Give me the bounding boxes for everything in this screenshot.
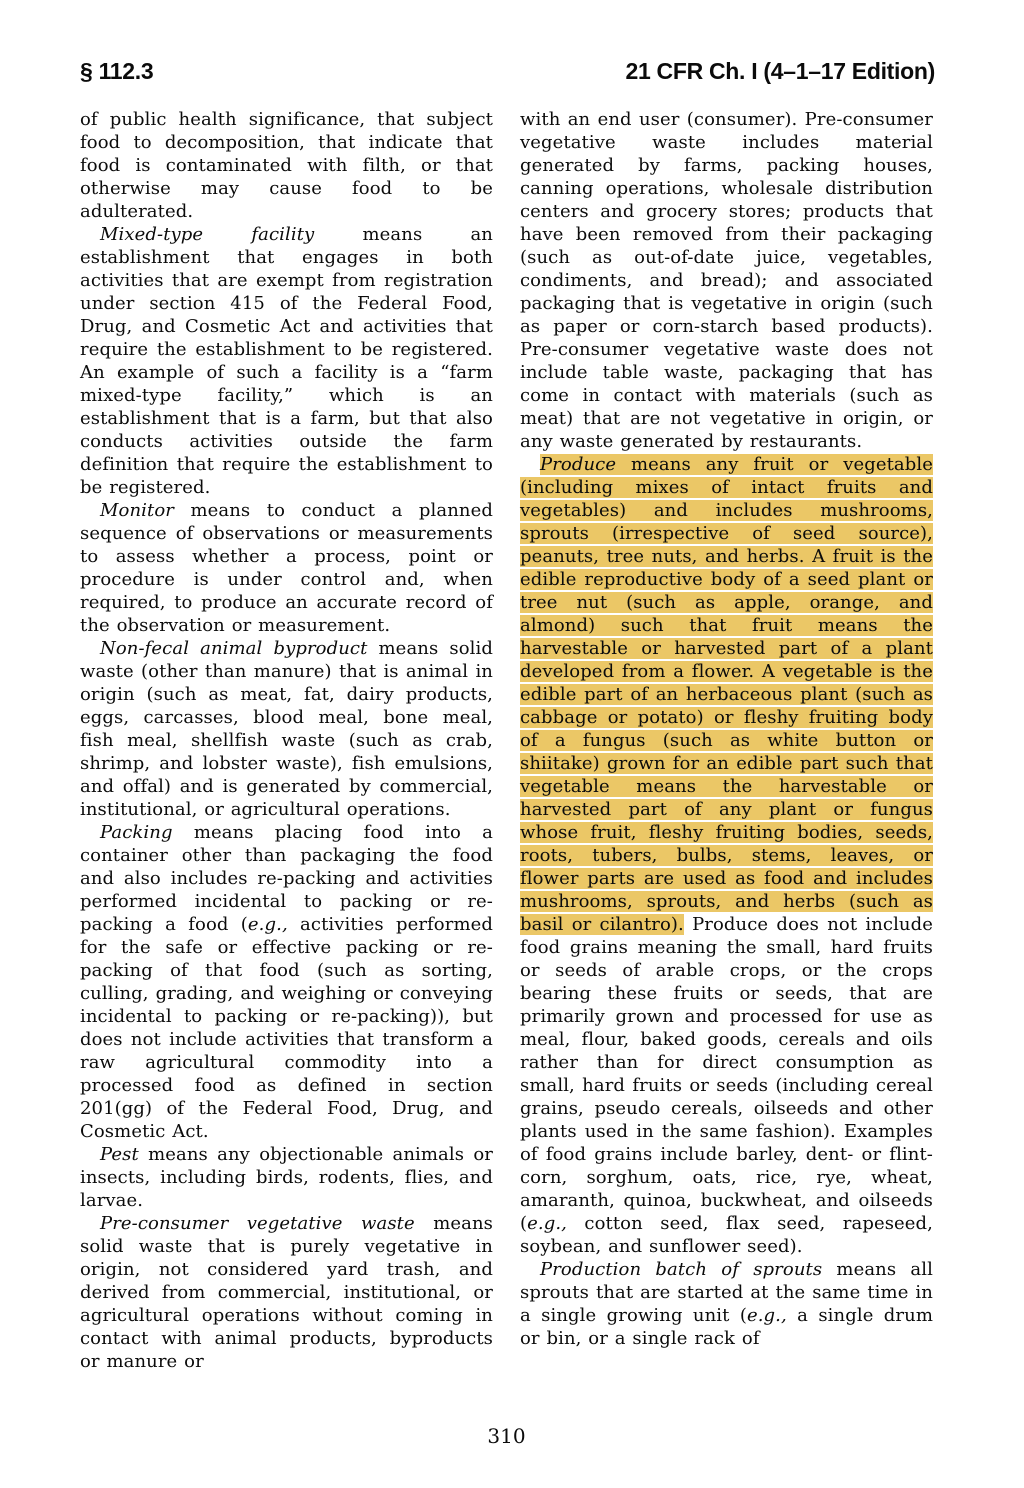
highlighted-text: means any fruit or vegetable (including …: [520, 454, 933, 935]
paragraph: Pest means any objectionable animals or …: [80, 1143, 493, 1212]
highlighted-text: Produce: [540, 454, 616, 475]
paragraph: Mixed-type facility means an establishme…: [80, 223, 493, 499]
document-page: § 112.3 21 CFR Ch. I (4–1–17 Edition) of…: [0, 0, 1024, 1488]
text-run: Produce does not include food grains mea…: [520, 914, 933, 1234]
definition-term: Packing: [100, 822, 173, 843]
paragraph: Pre-consumer vegetative waste means soli…: [80, 1212, 493, 1373]
text-run: means solid waste that is purely vegetat…: [80, 1213, 493, 1372]
definition-term: Non-fecal animal byproduct: [100, 638, 367, 659]
right-column: with an end user (consumer). Pre-consume…: [520, 108, 933, 1373]
definition-term: Mixed-type facility: [100, 224, 314, 245]
definition-term: e.g.,: [527, 1213, 567, 1234]
paragraph: Production batch of sprouts means all sp…: [520, 1258, 933, 1350]
paragraph: of public health significance, that subj…: [80, 108, 493, 223]
page-number: 310: [80, 1424, 933, 1448]
text-run: activities performed for the safe or eff…: [80, 914, 493, 1142]
text-run: of public health significance, that subj…: [80, 109, 493, 222]
definition-term: Monitor: [100, 500, 174, 521]
text-run: means solid waste (other than manure) th…: [80, 638, 493, 820]
definition-term: Production batch of sprouts: [540, 1259, 822, 1280]
definition-term: e.g.,: [747, 1305, 787, 1326]
text-run: with an end user (consumer). Pre-consume…: [520, 109, 933, 452]
text-run: cotton seed, flax seed, rapeseed, soybea…: [520, 1213, 933, 1257]
left-column: of public health significance, that subj…: [80, 108, 493, 1373]
paragraph: Monitor means to conduct a planned seque…: [80, 499, 493, 637]
section-number: § 112.3: [80, 58, 153, 85]
edition-title: 21 CFR Ch. I (4–1–17 Edition): [625, 58, 935, 85]
definition-term: Pest: [100, 1144, 139, 1165]
text-columns: of public health significance, that subj…: [80, 108, 933, 1373]
definition-term: e.g.,: [248, 914, 288, 935]
text-run: means any objectionable animals or insec…: [80, 1144, 493, 1211]
paragraph: Non-fecal animal byproduct means solid w…: [80, 637, 493, 821]
paragraph: Produce means any fruit or vegetable (in…: [520, 453, 933, 1258]
text-run: means an establishment that engages in b…: [80, 224, 493, 498]
page-header: § 112.3 21 CFR Ch. I (4–1–17 Edition): [80, 58, 935, 85]
paragraph: with an end user (consumer). Pre-consume…: [520, 108, 933, 453]
paragraph: Packing means placing food into a contai…: [80, 821, 493, 1143]
definition-term: Pre-consumer vegetative waste: [100, 1213, 415, 1234]
